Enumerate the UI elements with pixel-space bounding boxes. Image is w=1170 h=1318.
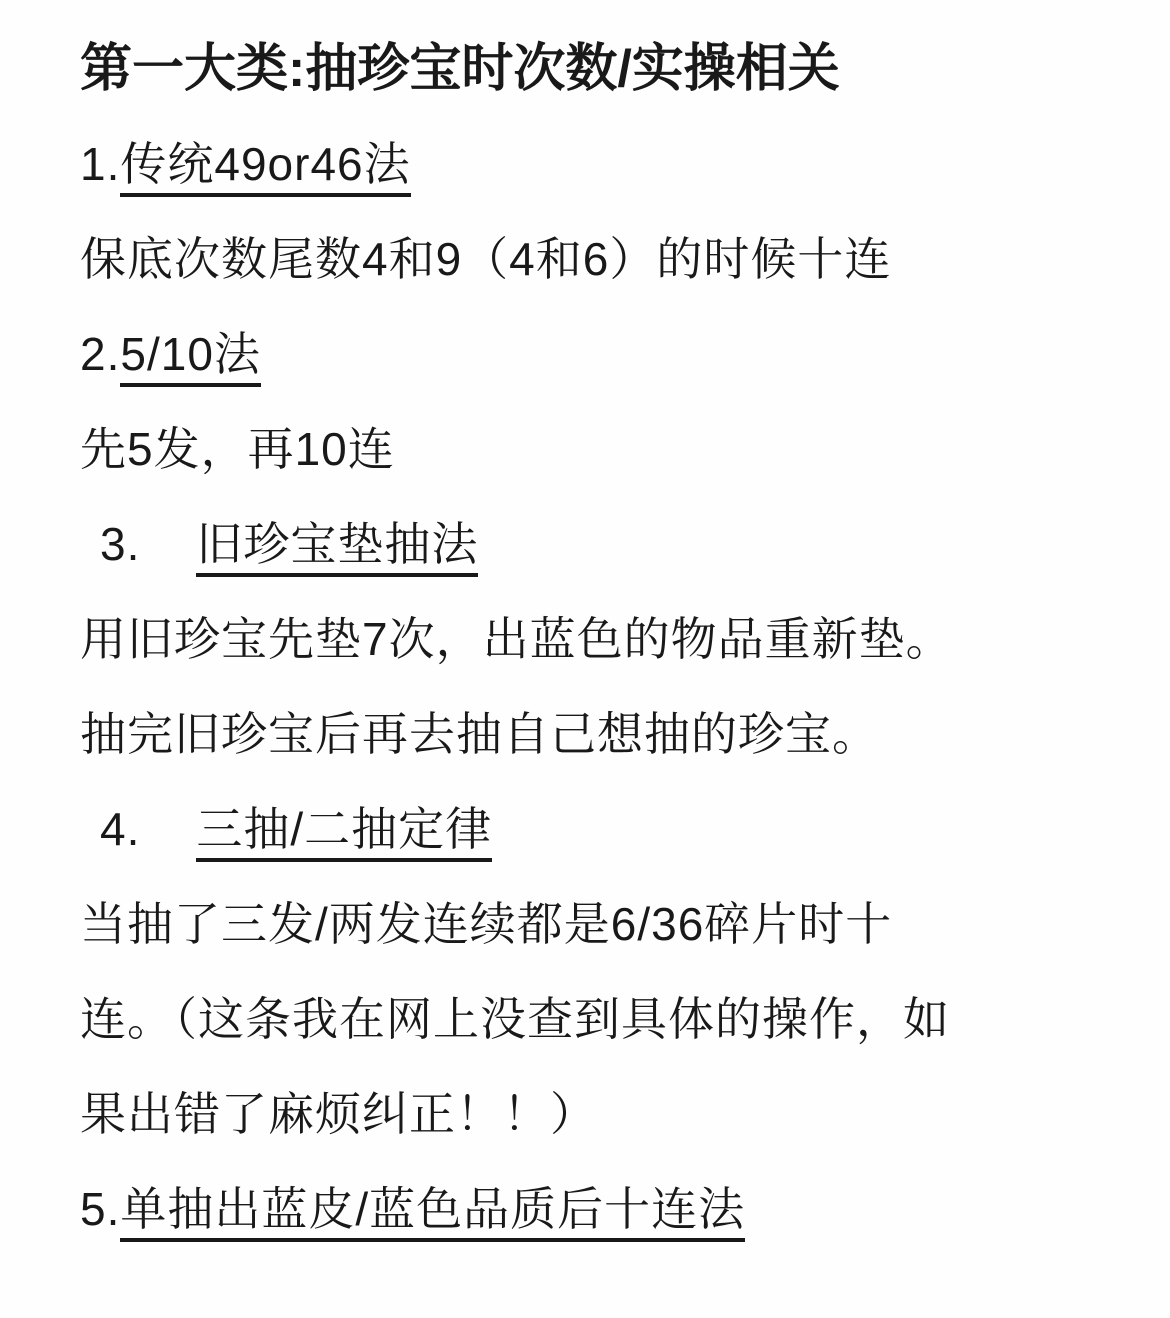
paragraph-line: 抽完旧珍宝后再去抽自己想抽的珍宝。	[80, 687, 1130, 782]
underlined-method-name: 5/10法	[120, 328, 261, 387]
list-item-number: 4.	[100, 803, 140, 855]
paragraph-line: 连。（这条我在网上没查到具体的操作，如	[80, 972, 1130, 1067]
list-item-number: 2.	[80, 328, 120, 380]
underlined-method-name: 单抽出蓝皮/蓝色品质后十连法	[120, 1183, 745, 1242]
paragraph-line: 保底次数尾数4和9（4和6）的时候十连	[80, 212, 1130, 307]
underlined-method-name: 旧珍宝垫抽法	[196, 518, 478, 577]
paragraph-line: 用旧珍宝先垫7次，出蓝色的物品重新垫。	[80, 592, 1130, 687]
document-page: 第一大类:抽珍宝时次数/实操相关1.传统49or46法保底次数尾数4和9（4和6…	[0, 0, 1170, 1318]
list-item-line: 1.传统49or46法	[80, 117, 1130, 212]
underlined-method-name: 三抽/二抽定律	[196, 803, 492, 862]
list-item-line: 2.5/10法	[80, 307, 1130, 402]
list-item-line: 5.单抽出蓝皮/蓝色品质后十连法	[80, 1162, 1130, 1257]
underlined-method-name: 传统49or46法	[120, 138, 410, 197]
list-item-line: 3.旧珍宝垫抽法	[80, 497, 1130, 592]
paragraph-line: 先5发，再10连	[80, 402, 1130, 497]
list-item-number: 3.	[100, 518, 140, 570]
list-item-line: 4.三抽/二抽定律	[80, 782, 1130, 877]
list-item-number: 1.	[80, 138, 120, 190]
list-item-number: 5.	[80, 1183, 120, 1235]
document-title: 第一大类:抽珍宝时次数/实操相关	[80, 22, 1130, 117]
paragraph-line: 果出错了麻烦纠正！！）	[80, 1067, 1130, 1162]
paragraph-line: 当抽了三发/两发连续都是6/36碎片时十	[80, 877, 1130, 972]
